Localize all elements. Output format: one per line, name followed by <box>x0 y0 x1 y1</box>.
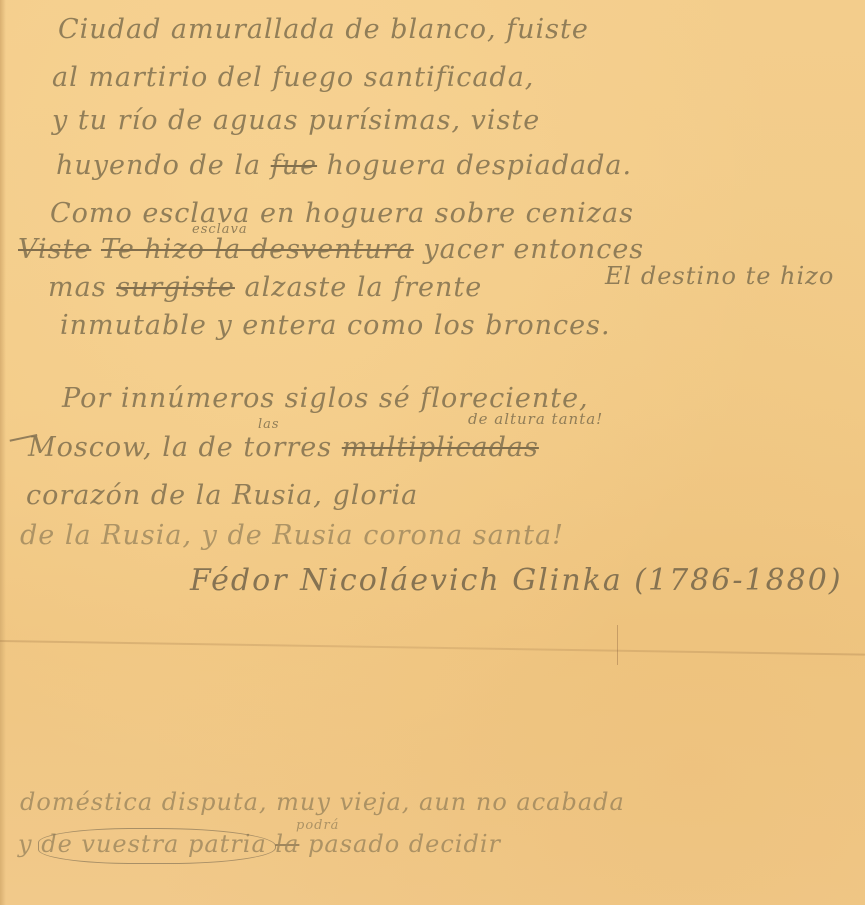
line-text: y tu río de aguas purísimas, viste <box>52 105 540 136</box>
line-text: Moscow, la de <box>28 432 234 463</box>
poem-line-11: corazón de la Rusia, gloria <box>26 480 418 511</box>
insert-text: las <box>258 417 280 432</box>
struck-word: la <box>275 830 299 858</box>
line-text: al martirio del fuego santificada, <box>52 62 534 93</box>
poem-line-2: al martirio del fuego santificada, <box>52 62 534 93</box>
manuscript-page: Ciudad amurallada de blanco, fuiste al m… <box>0 0 865 905</box>
struck-word: multiplicadas <box>342 432 539 463</box>
poem-line-8: inmutable y entera como los bronces. <box>60 310 611 341</box>
note-line-1: doméstica disputa, muy vieja, aun no aca… <box>20 788 625 816</box>
poem-line-12: de la Rusia, y de Rusia corona santa! <box>20 520 564 551</box>
line-text-mid: torres <box>243 432 332 463</box>
struck-phrase: Te hizo la desventura <box>101 234 414 265</box>
line-text: Ciudad amurallada de blanco, fuiste <box>58 14 589 45</box>
note-text: doméstica disputa, muy vieja, aun no aca… <box>20 788 625 816</box>
note-line-2: y de vuestra patria la pasado decidir <box>18 830 501 858</box>
struck-word: fue <box>271 150 317 181</box>
margin-note-text: El destino te hizo <box>605 262 834 290</box>
line-text: corazón de la Rusia, gloria <box>26 480 418 511</box>
poem-line-4: huyendo de la fue hoguera despiadada. <box>56 150 632 181</box>
insert-above-2: de altura tanta! <box>468 410 603 428</box>
line-text: inmutable y entera como los bronces. <box>60 310 611 341</box>
poem-line-1: Ciudad amurallada de blanco, fuiste <box>58 14 589 45</box>
insert-above: las <box>258 417 280 432</box>
note-text-after: pasado decidir <box>308 830 501 858</box>
paper-crease <box>617 625 618 665</box>
note-text: y <box>18 830 33 858</box>
struck-word: surgiste <box>116 272 235 303</box>
margin-note: El destino te hizo <box>605 262 834 290</box>
poem-line-7: mas surgiste alzaste la frente <box>48 272 482 303</box>
attribution-text: Fédor Nicoláevich Glinka (1786-1880) <box>190 563 843 598</box>
poem-line-10: Moscow, la de torres multiplicadas <box>28 432 539 463</box>
line-text: huyendo de la <box>56 150 261 181</box>
struck-word: Viste <box>18 234 91 265</box>
attribution: Fédor Nicoláevich Glinka (1786-1880) <box>190 563 843 598</box>
line-text-after: yacer entonces <box>423 234 644 265</box>
line-text-after: alzaste la frente <box>245 272 483 303</box>
insert-text: de altura tanta! <box>468 410 603 428</box>
poem-line-6: Viste Te hizo la desventura yacer entonc… <box>18 234 644 265</box>
line-text: de la Rusia, y de Rusia corona santa! <box>20 520 564 551</box>
paper-edge <box>0 0 6 905</box>
poem-line-3: y tu río de aguas purísimas, viste <box>52 105 540 136</box>
circled-text: de vuestra patria <box>41 830 267 858</box>
line-text-after: hoguera despiadada. <box>327 150 632 181</box>
line-text: mas <box>48 272 107 303</box>
poem-line-5: Como esclava en hoguera sobre cenizas <box>50 198 634 229</box>
paper-fold <box>0 640 865 656</box>
line-text: Como esclava en hoguera sobre cenizas <box>50 198 634 229</box>
